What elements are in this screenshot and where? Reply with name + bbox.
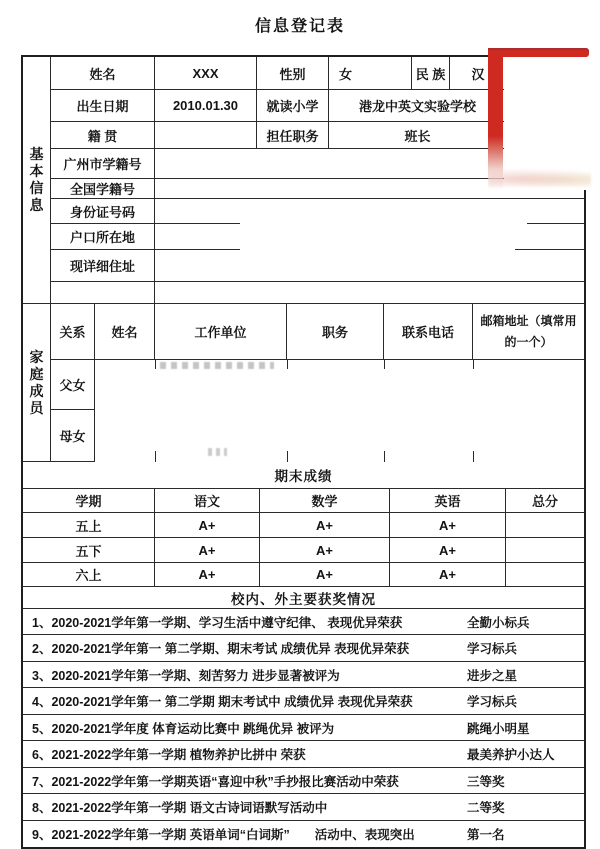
scores-header-english: 英语 bbox=[390, 489, 506, 513]
score-value: A+ bbox=[155, 563, 260, 587]
score-term: 五上 bbox=[23, 513, 155, 538]
redaction-bracket-horizontal bbox=[488, 48, 589, 57]
birth-value: 2010.01.30 bbox=[155, 90, 257, 122]
award-name: 第一名 bbox=[467, 825, 505, 843]
border-stub bbox=[473, 360, 474, 369]
redaction-smudge bbox=[160, 362, 274, 369]
award-desc: 7、2021-2022学年第一学期英语“喜迎中秋”手抄报比赛活动中荣获 bbox=[32, 772, 399, 790]
scores-title: 期末成绩 bbox=[23, 462, 584, 489]
family-header-position: 职务 bbox=[287, 304, 384, 360]
award-desc: 2、2020-2021学年第一 第二学期、期末考试 成绩优异 表现优异荣获 bbox=[32, 639, 409, 657]
school-label: 就读小学 bbox=[257, 90, 329, 122]
award-desc: 3、2020-2021学年第一学期、刻苦努力 进步显著被评为 bbox=[32, 666, 340, 684]
score-total bbox=[506, 513, 584, 538]
border-stub bbox=[287, 451, 288, 462]
border-stub bbox=[384, 360, 385, 369]
origin-value bbox=[155, 122, 257, 149]
award-desc: 1、2020-2021学年第一学期、学习生活中遵守纪律、 表现优异荣获 bbox=[32, 613, 402, 631]
award-name: 三等奖 bbox=[467, 772, 505, 790]
id-card-label: 身份证号码 bbox=[51, 199, 155, 224]
school-value: 港龙中英文实验学校 bbox=[329, 90, 507, 122]
broken-line-segment bbox=[527, 223, 584, 224]
score-total bbox=[506, 538, 584, 563]
family-row-father-relation: 父女 bbox=[51, 360, 95, 410]
award-desc: 8、2021-2022学年第一学期 语文古诗词语默写活动中 bbox=[32, 798, 327, 816]
score-value: A+ bbox=[390, 563, 506, 587]
scores-header-math: 数学 bbox=[260, 489, 390, 513]
award-row: 5、2020-2021学年度 体育运动比赛中 跳绳优异 被评为 跳绳小明星 bbox=[23, 715, 584, 741]
scores-header-total: 总分 bbox=[506, 489, 584, 513]
redaction-smudge bbox=[208, 448, 227, 456]
basic-info-section-label: 基本信息 bbox=[29, 146, 45, 214]
basic-empty-label-cell bbox=[51, 282, 155, 304]
gz-id-label: 广州市学籍号 bbox=[51, 149, 155, 179]
broken-line-segment bbox=[515, 249, 584, 250]
family-header-email: 邮箱地址（填常用的一个） bbox=[473, 304, 584, 360]
basic-info-section-label-cell: 基本信息 bbox=[23, 57, 51, 304]
score-value: A+ bbox=[260, 513, 390, 538]
address-value bbox=[155, 250, 584, 282]
duty-label: 担任职务 bbox=[257, 122, 329, 149]
border-stub bbox=[155, 360, 156, 369]
awards-title: 校内、外主要获奖情况 bbox=[23, 587, 584, 609]
award-name: 学习标兵 bbox=[467, 692, 517, 710]
hukou-label: 户口所在地 bbox=[51, 224, 155, 250]
origin-label: 籍 贯 bbox=[51, 122, 155, 149]
award-desc: 9、2021-2022学年第一学期 英语单词“白词斯” 活动中、表现突出 bbox=[32, 825, 415, 843]
award-row: 8、2021-2022学年第一学期 语文古诗词语默写活动中 二等奖 bbox=[23, 794, 584, 821]
score-term: 五下 bbox=[23, 538, 155, 563]
award-name: 跳绳小明星 bbox=[467, 719, 530, 737]
award-row: 1、2020-2021学年第一学期、学习生活中遵守纪律、 表现优异荣获 全勤小标… bbox=[23, 609, 584, 635]
award-row: 7、2021-2022学年第一学期英语“喜迎中秋”手抄报比赛活动中荣获 三等奖 bbox=[23, 768, 584, 794]
award-name: 学习标兵 bbox=[467, 639, 517, 657]
birth-label: 出生日期 bbox=[51, 90, 155, 122]
broken-line-segment bbox=[155, 223, 240, 224]
family-section-label-cell: 家庭成员 bbox=[23, 304, 51, 462]
score-value: A+ bbox=[155, 513, 260, 538]
border-stub bbox=[155, 451, 156, 462]
national-id-label: 全国学籍号 bbox=[51, 179, 155, 199]
gender-value: 女 bbox=[329, 57, 412, 90]
pink-smudge bbox=[489, 169, 591, 187]
family-section-label: 家庭成员 bbox=[29, 349, 45, 417]
award-name: 全勤小标兵 bbox=[467, 613, 530, 631]
score-value: A+ bbox=[390, 538, 506, 563]
award-desc: 4、2020-2021学年第一 第二学期 期末考试中 成绩优异 表现优异荣获 bbox=[32, 692, 413, 710]
award-name: 最美养护小达人 bbox=[467, 745, 555, 763]
award-row: 2、2020-2021学年第一 第二学期、期末考试 成绩优异 表现优异荣获 学习… bbox=[23, 635, 584, 662]
family-header-name: 姓名 bbox=[95, 304, 155, 360]
award-row: 6、2021-2022学年第一学期 植物养护比拼中 荣获 最美养护小达人 bbox=[23, 741, 584, 768]
page-title: 信息登记表 bbox=[0, 13, 600, 36]
score-value: A+ bbox=[260, 563, 390, 587]
address-label: 现详细住址 bbox=[51, 250, 155, 282]
family-row-mother-relation: 母女 bbox=[51, 410, 95, 462]
award-desc: 6、2021-2022学年第一学期 植物养护比拼中 荣获 bbox=[32, 745, 306, 763]
award-row: 9、2021-2022学年第一学期 英语单词“白词斯” 活动中、表现突出 第一名 bbox=[23, 821, 584, 847]
border-stub bbox=[473, 451, 474, 462]
basic-empty-value-cell bbox=[155, 282, 584, 304]
family-header-employer: 工作单位 bbox=[155, 304, 287, 360]
redaction-bracket-vertical bbox=[488, 48, 503, 190]
gender-label: 性别 bbox=[257, 57, 329, 90]
border-stub bbox=[384, 451, 385, 462]
score-value: A+ bbox=[390, 513, 506, 538]
score-total bbox=[506, 563, 584, 587]
score-value: A+ bbox=[260, 538, 390, 563]
duty-value: 班长 bbox=[329, 122, 507, 149]
registration-form-page: 信息登记表 基本信息 姓名 XXX 性别 女 民 族 汉 出生日期 2010.0… bbox=[0, 0, 600, 849]
award-row: 3、2020-2021学年第一学期、刻苦努力 进步显著被评为 进步之星 bbox=[23, 662, 584, 688]
family-header-relation: 关系 bbox=[51, 304, 95, 360]
award-row: 4、2020-2021学年第一 第二学期 期末考试中 成绩优异 表现优异荣获 学… bbox=[23, 688, 584, 715]
name-value: XXX bbox=[155, 57, 257, 90]
name-label: 姓名 bbox=[51, 57, 155, 90]
hukou-value bbox=[155, 224, 584, 250]
scores-header-chinese: 语文 bbox=[155, 489, 260, 513]
award-name: 二等奖 bbox=[467, 798, 505, 816]
border-stub bbox=[287, 360, 288, 369]
family-header-phone: 联系电话 bbox=[384, 304, 473, 360]
award-desc: 5、2020-2021学年度 体育运动比赛中 跳绳优异 被评为 bbox=[32, 719, 334, 737]
id-card-value bbox=[155, 199, 584, 224]
score-term: 六上 bbox=[23, 563, 155, 587]
score-value: A+ bbox=[155, 538, 260, 563]
award-name: 进步之星 bbox=[467, 666, 517, 684]
broken-line-segment bbox=[155, 249, 240, 250]
ethnic-label: 民 族 bbox=[412, 57, 450, 90]
scores-header-term: 学期 bbox=[23, 489, 155, 513]
